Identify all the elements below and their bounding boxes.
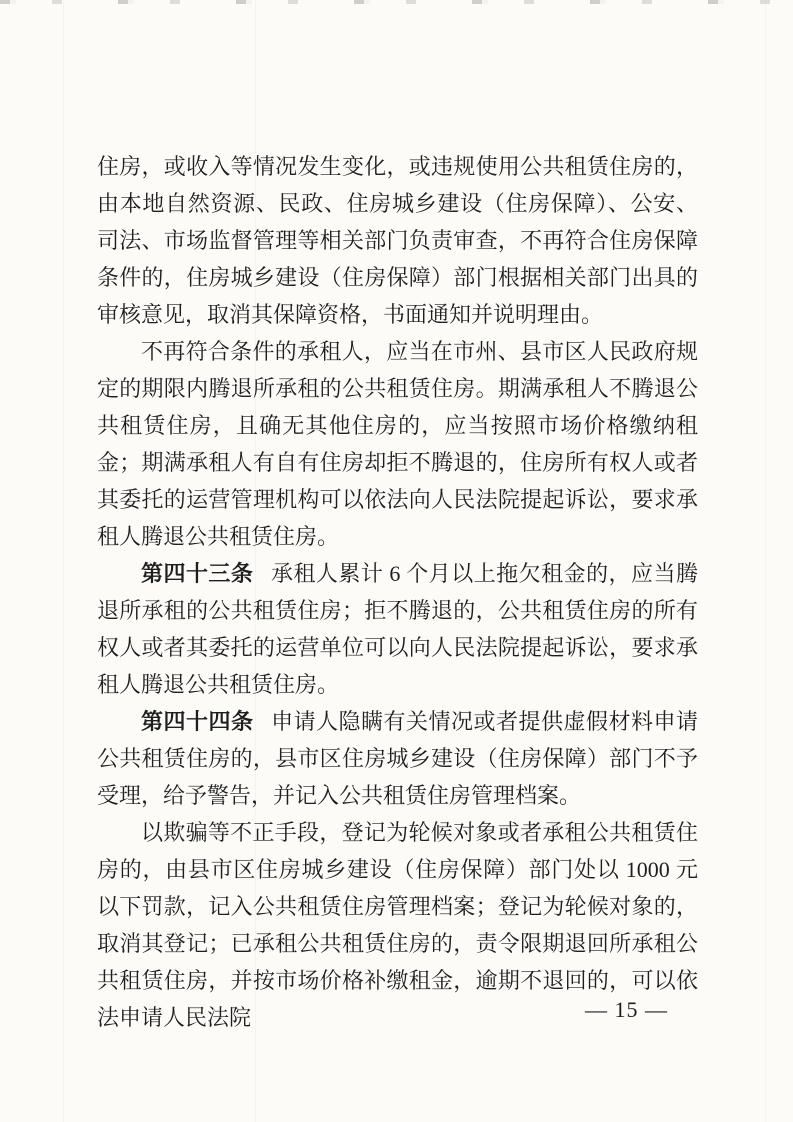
article-number: 第四十四条 xyxy=(141,709,253,734)
document-body: 住房，或收入等情况发生变化，或违规使用公共租赁住房的，由本地自然资源、民政、住房… xyxy=(97,148,698,1036)
article-number: 第四十三条 xyxy=(141,561,253,586)
paragraph: 住房，或收入等情况发生变化，或违规使用公共租赁住房的，由本地自然资源、民政、住房… xyxy=(97,148,698,333)
paragraph-article-43: 第四十三条承租人累计 6 个月以上拖欠租金的，应当腾退所承租的公共租赁住房；拒不… xyxy=(97,555,698,703)
scan-edge-noise xyxy=(0,0,793,4)
paragraph: 不再符合条件的承租人，应当在市州、县市区人民政府规定的期限内腾退所承租的公共租赁… xyxy=(97,333,698,555)
paragraph-article-44: 第四十四条申请人隐瞒有关情况或者提供虚假材料申请公共租赁住房的，县市区住房城乡建… xyxy=(97,703,698,814)
paragraph-text: 住房，或收入等情况发生变化，或违规使用公共租赁住房的，由本地自然资源、民政、住房… xyxy=(97,154,698,327)
page-footer: — 15 — xyxy=(0,997,793,1023)
paragraph-text: 不再符合条件的承租人，应当在市州、县市区人民政府规定的期限内腾退所承租的公共租赁… xyxy=(97,339,698,549)
page-number: — 15 — xyxy=(585,997,668,1022)
document-page: 住房，或收入等情况发生变化，或违规使用公共租赁住房的，由本地自然资源、民政、住房… xyxy=(0,0,793,1122)
scan-artifact-line xyxy=(63,0,64,1122)
scan-artifact-line xyxy=(765,0,766,1122)
